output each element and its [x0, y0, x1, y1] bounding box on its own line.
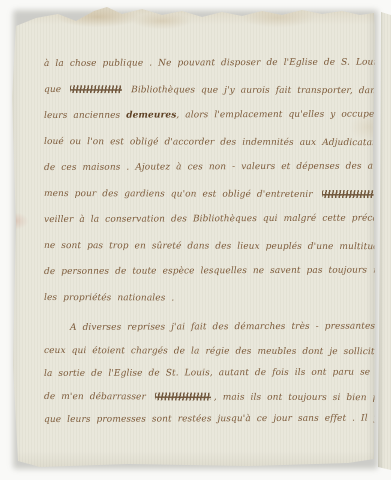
- letter-line: les propriétés nationales .: [44, 285, 378, 312]
- letter-text-segment: de personnes de toute espèce lesquelles …: [44, 265, 378, 277]
- letter-line: ceux qui étoient chargés de la régie des…: [44, 340, 378, 364]
- letter-text-segment: que: [44, 85, 67, 95]
- letter-line: à la chose publique . Ne pouvant dispose…: [44, 51, 378, 77]
- letter-line: la sortie de l'Eglise de St. Louis, auta…: [44, 362, 378, 386]
- letter-text-segment: de m'en débarrasser: [44, 392, 152, 402]
- letter-text-segment: ceux qui étoient chargés de la régie des…: [44, 346, 378, 358]
- letter-line: de ces maisons . Ajoutez à ces non - val…: [44, 154, 378, 181]
- illegible-struck-word: [322, 190, 378, 198]
- letter-text-segment: que leurs promesses sont restées jusqu'à…: [44, 413, 378, 425]
- letter-page: à la chose publique . Ne pouvant dispose…: [10, 5, 375, 467]
- letter-line: A diverses reprises j'ai fait des démarc…: [44, 316, 378, 340]
- letter-text-segment: de ces maisons . Ajoutez à ces non - val…: [44, 161, 378, 173]
- letter-text-segment: , alors l'emplacement qu'elles y occupen…: [176, 109, 378, 120]
- letter-line: veiller à la conservation des Bibliothèq…: [44, 206, 378, 233]
- letter-text-segment: ne sont pas trop en sûreté dans des lieu…: [44, 241, 378, 252]
- letter-text: à la chose publique . Ne pouvant dispose…: [44, 51, 378, 451]
- letter-text-segment: à la chose publique . Ne pouvant dispose…: [44, 57, 378, 69]
- illegible-struck-word: [70, 85, 122, 93]
- letter-text-segment: mens pour des gardiens qu'on est obligé …: [44, 189, 319, 200]
- illegible-struck-word: [155, 392, 211, 400]
- letter-line: de personnes de toute espèce lesquelles …: [44, 258, 378, 285]
- letter-line: leurs anciennes demeures, alors l'emplac…: [44, 102, 378, 129]
- letter-text-segment: veiller à la conservation des Bibliothèq…: [44, 213, 378, 225]
- letter-text-segment: Bibliothèques que j'y aurois fait transp…: [125, 85, 378, 96]
- letter-line: que leurs promesses sont restées jusqu'à…: [44, 408, 378, 432]
- letter-line: mens pour des gardiens qu'on est obligé …: [44, 181, 378, 208]
- letter-line: de m'en débarrasser , mais ils ont toujo…: [44, 386, 378, 410]
- letter-text-segment: leurs anciennes: [44, 111, 126, 121]
- letter-text-segment: la sortie de l'Eglise de St. Louis, auta…: [44, 367, 378, 379]
- letter-text-segment: les propriétés nationales .: [44, 293, 174, 303]
- letter-line: que Bibliothèques que j'y aurois fait tr…: [44, 77, 378, 104]
- letter-text-segment: A diverses reprises j'ai fait des démarc…: [70, 321, 378, 333]
- letter-text-segment: , mais ils ont toujours si bien pris leu…: [214, 393, 378, 404]
- letter-text-segment: demeures: [126, 110, 176, 120]
- letter-text-segment: loué ou l'on est obligé d'accorder des i…: [44, 137, 378, 148]
- letter-line: loué ou l'on est obligé d'accorder des i…: [44, 129, 378, 156]
- adjacent-page-edge: [378, 12, 391, 470]
- manuscript-scan: à la chose publique . Ne pouvant dispose…: [0, 0, 391, 480]
- letter-line: ne sont pas trop en sûreté dans des lieu…: [44, 233, 378, 260]
